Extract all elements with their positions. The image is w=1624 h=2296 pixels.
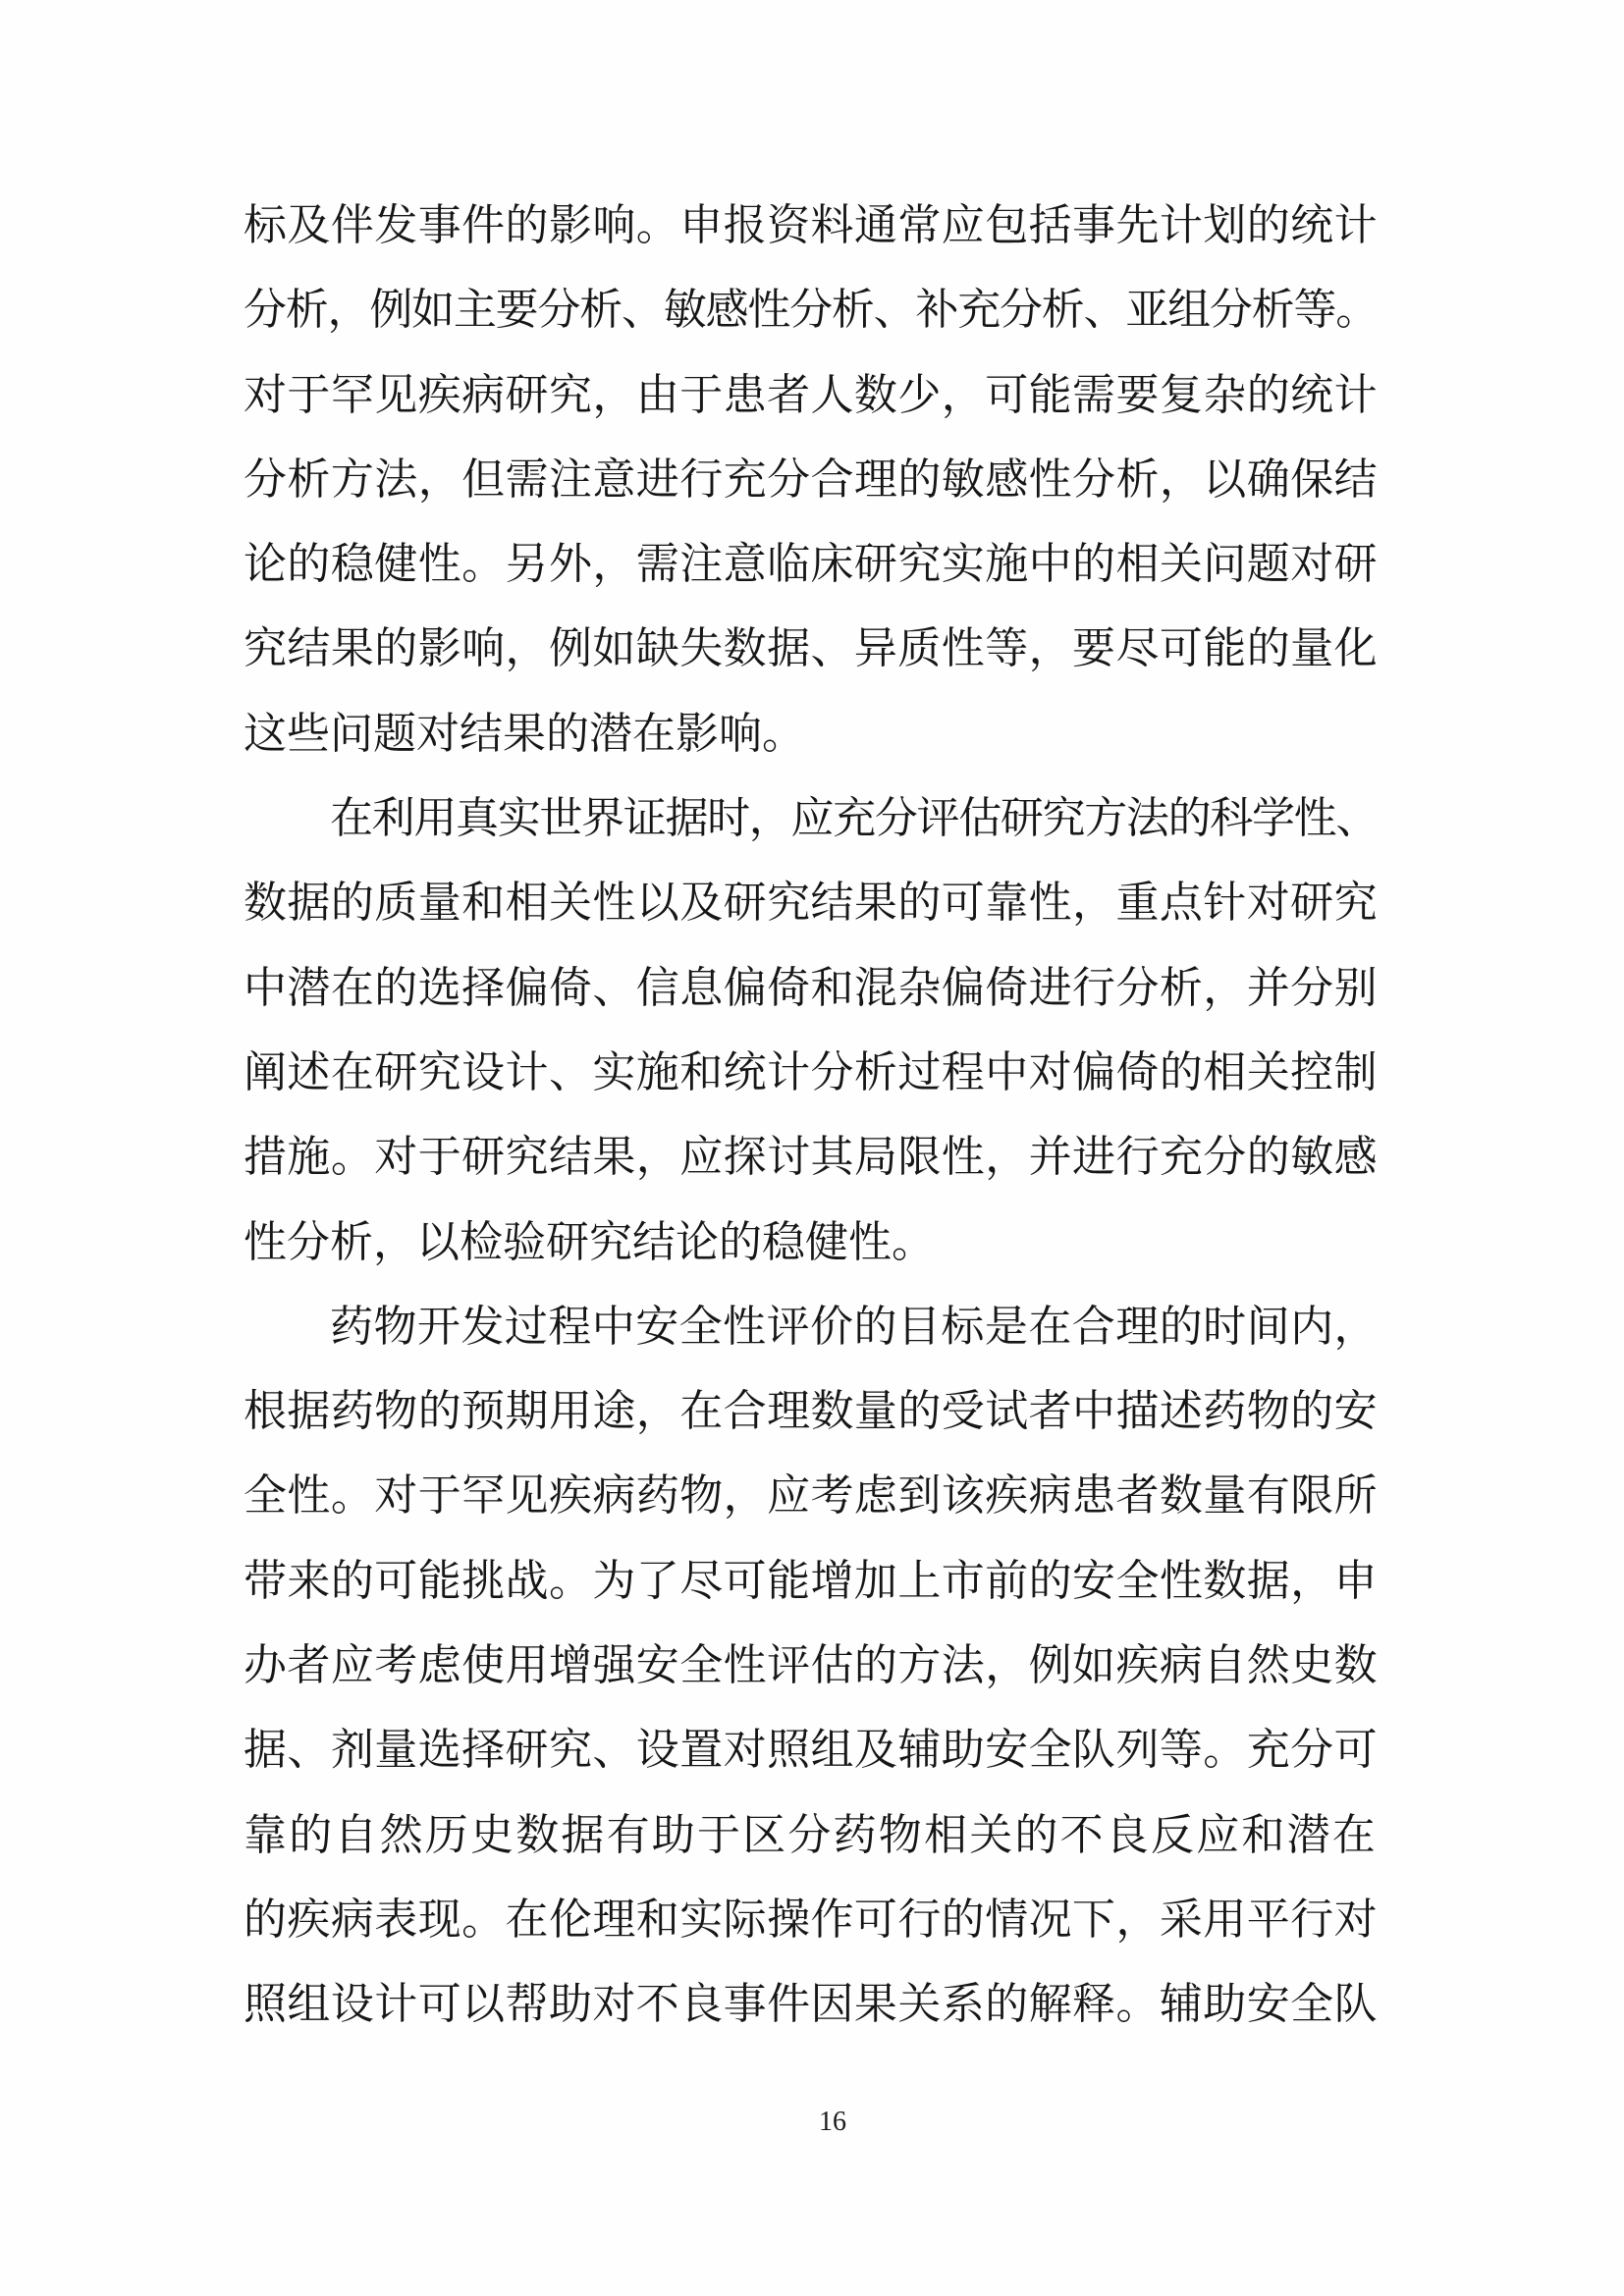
page-number: 16 bbox=[819, 2103, 846, 2142]
text-line: 带来的可能挑战。为了尽可能增加上市前的安全性数据，申 bbox=[244, 1539, 1378, 1624]
text-line: 据、剂量选择研究、设置对照组及辅助安全队列等。充分可 bbox=[244, 1708, 1378, 1792]
paragraph: 在利用真实世界证据时，应充分评估研究方法的科学性、数据的质量和相关性以及研究结果… bbox=[244, 776, 1378, 1285]
text-line: 全性。对于罕见疾病药物，应考虑到该疾病患者数量有限所 bbox=[244, 1454, 1378, 1538]
paragraph: 标及伴发事件的影响。申报资料通常应包括事先计划的统计分析，例如主要分析、敏感性分… bbox=[244, 184, 1378, 776]
text-line: 的疾病表现。在伦理和实际操作可行的情况下，采用平行对 bbox=[244, 1878, 1378, 1962]
text-line: 性分析，以检验研究结论的稳健性。 bbox=[244, 1201, 1378, 1285]
document-page: 标及伴发事件的影响。申报资料通常应包括事先计划的统计分析，例如主要分析、敏感性分… bbox=[0, 0, 1624, 2296]
text-line: 阐述在研究设计、实施和统计分析过程中对偏倚的相关控制 bbox=[244, 1031, 1378, 1115]
text-line: 标及伴发事件的影响。申报资料通常应包括事先计划的统计 bbox=[244, 184, 1378, 268]
text-block: 标及伴发事件的影响。申报资料通常应包括事先计划的统计分析，例如主要分析、敏感性分… bbox=[244, 184, 1378, 2048]
text-line: 这些问题对结果的潜在影响。 bbox=[244, 692, 1378, 776]
paragraph: 药物开发过程中安全性评价的目标是在合理的时间内，根据药物的预期用途，在合理数量的… bbox=[244, 1285, 1378, 2048]
text-line: 在利用真实世界证据时，应充分评估研究方法的科学性、 bbox=[244, 776, 1378, 861]
text-line: 照组设计可以帮助对不良事件因果关系的解释。辅助安全队 bbox=[244, 1962, 1378, 2047]
text-line: 对于罕见疾病研究，由于患者人数少，可能需要复杂的统计 bbox=[244, 353, 1378, 438]
text-line: 论的稳健性。另外，需注意临床研究实施中的相关问题对研 bbox=[244, 522, 1378, 607]
text-line: 靠的自然历史数据有助于区分药物相关的不良反应和潜在 bbox=[244, 1793, 1378, 1878]
text-line: 根据药物的预期用途，在合理数量的受试者中描述药物的安 bbox=[244, 1369, 1378, 1454]
text-line: 办者应考虑使用增强安全性评估的方法，例如疾病自然史数 bbox=[244, 1624, 1378, 1708]
text-line: 究结果的影响，例如缺失数据、异质性等，要尽可能的量化 bbox=[244, 607, 1378, 691]
text-line: 分析方法，但需注意进行充分合理的敏感性分析，以确保结 bbox=[244, 438, 1378, 522]
text-line: 措施。对于研究结果，应探讨其局限性，并进行充分的敏感 bbox=[244, 1115, 1378, 1200]
text-line: 药物开发过程中安全性评价的目标是在合理的时间内， bbox=[244, 1285, 1378, 1369]
text-line: 分析，例如主要分析、敏感性分析、补充分析、亚组分析等。 bbox=[244, 268, 1378, 352]
text-line: 中潜在的选择偏倚、信息偏倚和混杂偏倚进行分析，并分别 bbox=[244, 946, 1378, 1031]
text-line: 数据的质量和相关性以及研究结果的可靠性，重点针对研究 bbox=[244, 861, 1378, 945]
